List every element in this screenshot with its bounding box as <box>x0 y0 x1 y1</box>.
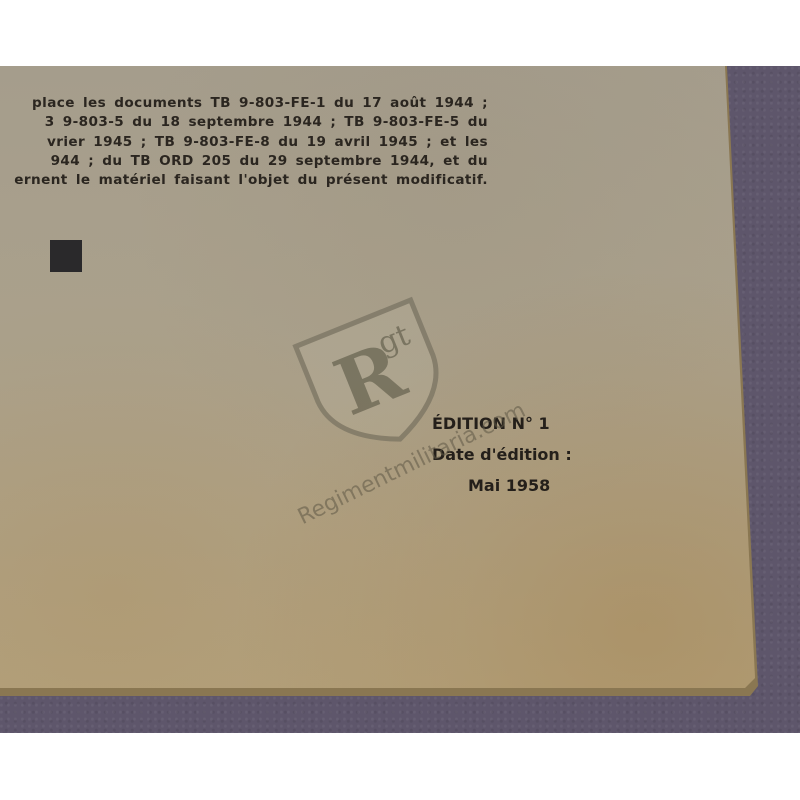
paragraph-line: 3 9-803-5 du 18 septembre 1944 ; TB 9-80… <box>0 113 488 132</box>
black-square-mark <box>50 240 82 272</box>
paragraph-line: 944 ; du TB ORD 205 du 29 septembre 1944… <box>0 152 488 171</box>
rgt-shield-logo-icon: R gt <box>290 280 450 450</box>
paragraph-line: place les documents TB 9-803-FE-1 du 17 … <box>0 94 488 113</box>
paragraph-line: ernent le matériel faisant l'objet du pr… <box>0 171 488 190</box>
paragraph-line: vrier 1945 ; TB 9-803-FE-8 du 19 avril 1… <box>0 133 488 152</box>
edition-date: Mai 1958 <box>468 470 550 501</box>
document-paragraph: place les documents TB 9-803-FE-1 du 17 … <box>0 94 488 190</box>
